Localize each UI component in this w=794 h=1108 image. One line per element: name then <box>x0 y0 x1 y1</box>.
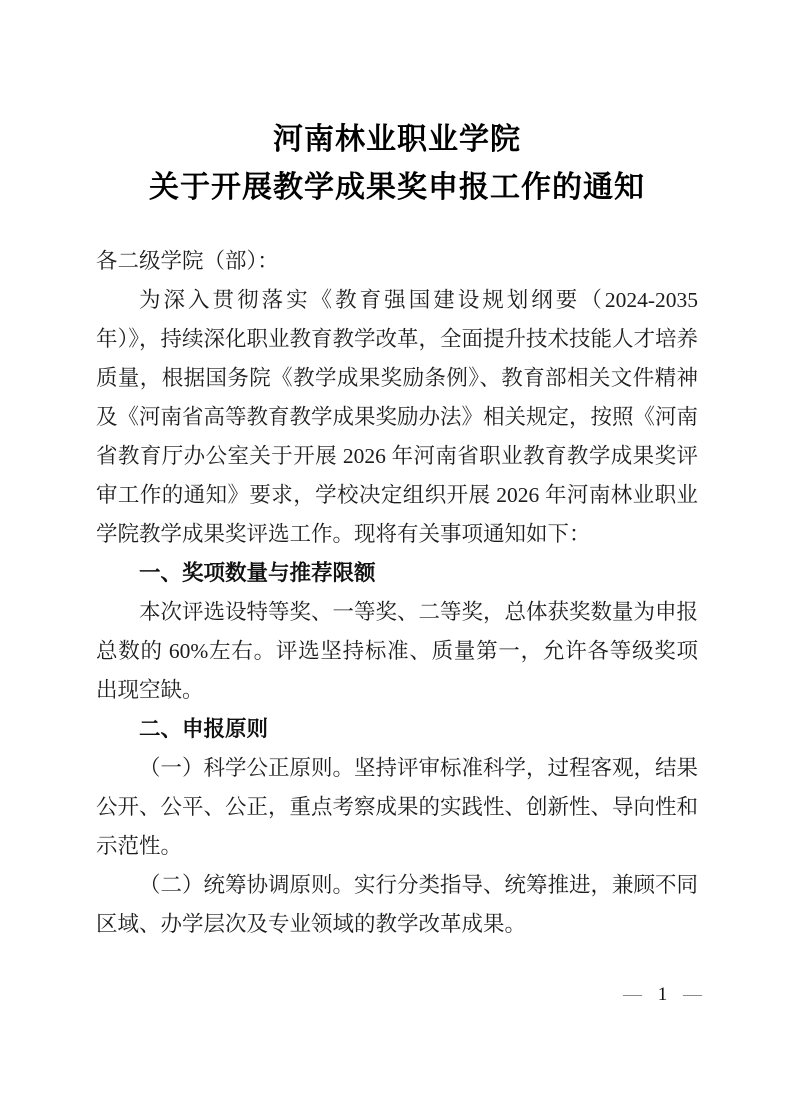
section-heading-awards-quota: 一、奖项数量与推荐限额 <box>96 554 698 593</box>
paragraph-awards-quota: 本次评选设特等奖、一等奖、二等奖，总体获奖数量为申报总数的 60%左右。评选坚持… <box>96 593 698 710</box>
document-page: 河南林业职业学院 关于开展教学成果奖申报工作的通知 各二级学院（部）： 为深入贯… <box>0 0 794 1108</box>
document-body: 各二级学院（部）： 为深入贯彻落实《教育强国建设规划纲要（2024-2035 年… <box>96 242 698 944</box>
document-title: 河南林业职业学院 关于开展教学成果奖申报工作的通知 <box>0 0 794 212</box>
paragraph-principle-science-fairness: （一）科学公正原则。坚持评审标准科学，过程客观，结果公开、公平、公正，重点考察成… <box>96 749 698 866</box>
page-number-dash-left: — <box>623 984 642 1005</box>
section-heading-application-principles: 二、申报原则 <box>96 710 698 749</box>
salutation: 各二级学院（部）： <box>96 242 698 281</box>
paragraph-intro: 为深入贯彻落实《教育强国建设规划纲要（2024-2035 年）》，持续深化职业教… <box>96 281 698 554</box>
paragraph-principle-coordination: （二）统筹协调原则。实行分类指导、统筹推进，兼顾不同区域、办学层次及专业领域的教… <box>96 866 698 944</box>
document-title-line-2: 关于开展教学成果奖申报工作的通知 <box>0 164 794 212</box>
document-title-line-1: 河南林业职业学院 <box>0 116 794 164</box>
page-number: 1 <box>658 984 668 1005</box>
page-footer: — 1 — <box>623 984 702 1006</box>
page-number-dash-right: — <box>683 984 702 1005</box>
